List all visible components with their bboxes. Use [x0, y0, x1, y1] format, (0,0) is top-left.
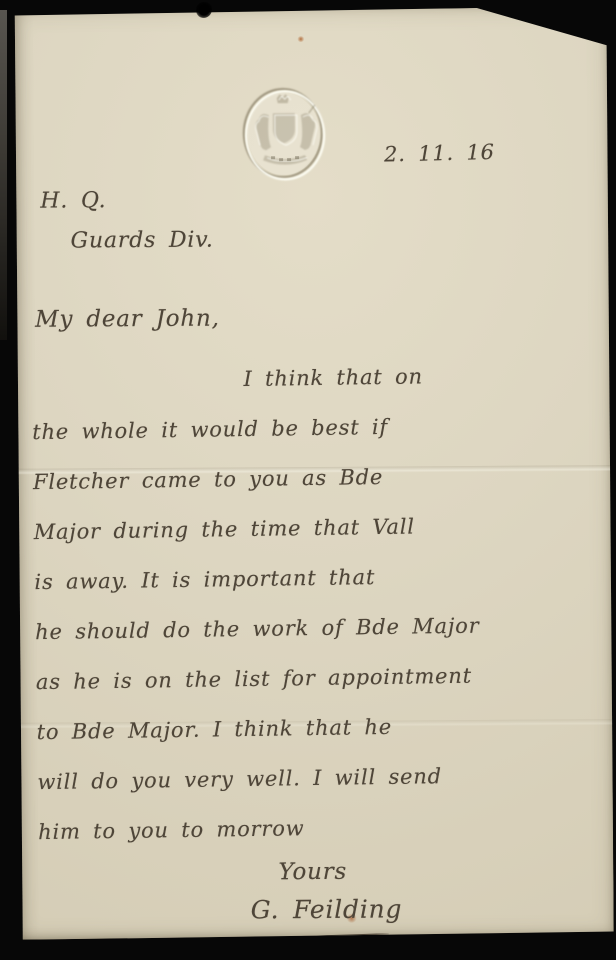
body-line: Fletcher came to you as Bde: [33, 449, 594, 507]
closing: Yours: [278, 859, 347, 885]
body-line: as he is on the list for appointment: [36, 649, 597, 707]
foxing-stain: [297, 36, 304, 42]
letter-date: 2. 11. 16: [384, 140, 495, 167]
letter-photograph: 2. 11. 16 H. Q. Guards Div. My dear John…: [0, 0, 616, 960]
letterhead-hq: H. Q.: [40, 188, 106, 213]
body-line: is away. It is important that: [34, 549, 595, 607]
signature-flourish: [285, 933, 389, 939]
letter-body: I think that onthe whole it would be bes…: [31, 349, 598, 857]
signature: G. Feilding: [251, 894, 403, 924]
body-line: the whole it would be best if: [32, 399, 593, 457]
letter-paper: 2. 11. 16 H. Q. Guards Div. My dear John…: [11, 7, 614, 940]
royal-crest-icon: [239, 85, 332, 186]
letterhead-unit: Guards Div.: [70, 228, 213, 254]
body-line: him to you to morrow: [38, 799, 599, 857]
photo-edge-artifact: [0, 10, 7, 340]
body-line: Major during the time that Vall: [33, 499, 594, 557]
body-line: he should do the work of Bde Major: [35, 599, 596, 657]
body-line: will do you very well. I will send: [37, 749, 598, 807]
body-line: to Bde Major. I think that he: [36, 699, 597, 757]
salutation: My dear John,: [35, 306, 220, 333]
body-line: I think that on: [31, 349, 592, 407]
